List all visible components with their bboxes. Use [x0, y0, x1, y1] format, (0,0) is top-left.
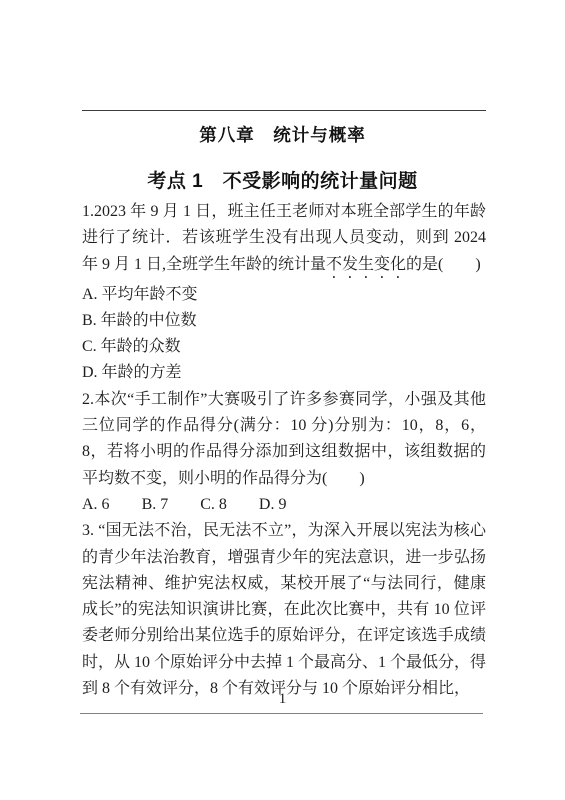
questions-area: 1.2023 年 9 月 1 日，班主任王老师对本班全部学生的年龄进行了统计．若…	[82, 199, 486, 702]
question-1-emphasized-text: 不发生变化	[326, 256, 406, 273]
question-1-option-a: A. 平均年龄不变	[82, 282, 486, 308]
question-2-option-b: B. 7	[142, 492, 169, 518]
question-3: 3. “国无法不治，民无法不立”，为深入开展以宪法为核心的青少年法治教育，增强青…	[82, 518, 486, 702]
question-1: 1.2023 年 9 月 1 日，班主任王老师对本班全部学生的年龄进行了统计．若…	[82, 199, 486, 282]
section-title: 考点 1 不受影响的统计量问题	[0, 166, 565, 193]
question-2: 2.本次“手工制作”大赛吸引了许多参赛同学，小强及其他三位同学的作品得分(满分：…	[82, 387, 486, 492]
document-page: 第八章 统计与概率 考点 1 不受影响的统计量问题 1.2023 年 9 月 1…	[0, 0, 565, 800]
question-2-option-a: A. 6	[82, 492, 110, 518]
question-2-options: A. 6 B. 7 C. 8 D. 9	[82, 492, 486, 518]
question-1-option-c: C. 年龄的众数	[82, 334, 486, 360]
question-1-text-after: 的是( )	[406, 256, 481, 273]
chapter-title: 第八章 统计与概率	[0, 122, 565, 147]
page-number: 1	[0, 691, 565, 708]
question-2-option-d: D. 9	[259, 492, 287, 518]
footer-rule	[80, 713, 483, 714]
question-1-option-d: D. 年龄的方差	[82, 360, 486, 386]
question-1-options: A. 平均年龄不变 B. 年龄的中位数 C. 年龄的众数 D. 年龄的方差	[82, 282, 486, 387]
question-2-option-c: C. 8	[200, 492, 227, 518]
header-rule	[82, 110, 486, 111]
question-1-option-b: B. 年龄的中位数	[82, 308, 486, 334]
